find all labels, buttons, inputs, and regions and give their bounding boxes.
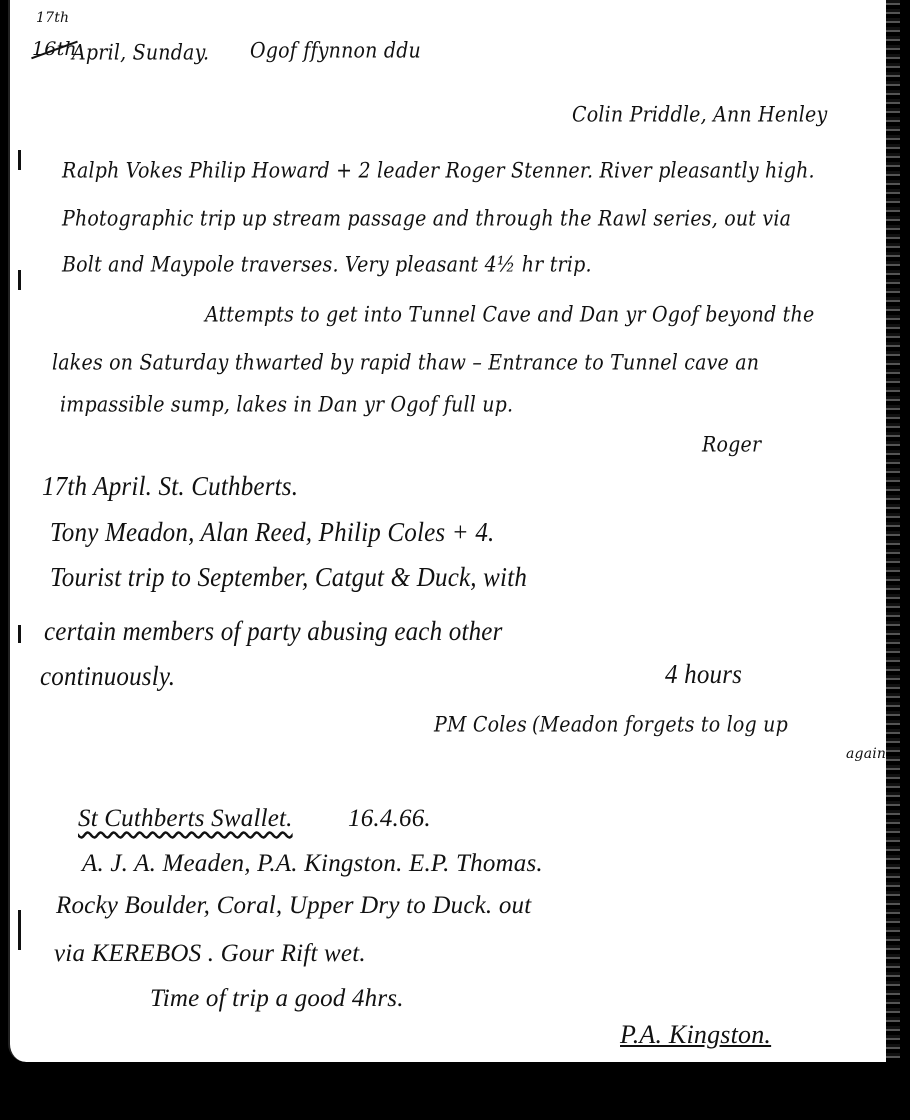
- entry-2-signature-note: (Meadon forgets to log up: [532, 712, 788, 737]
- entry-2-line: Tourist trip to September, Catgut & Duck…: [50, 563, 527, 594]
- entry-3-line: A. J. A. Meaden, P.A. Kingston. E.P. Tho…: [82, 850, 543, 878]
- entry-3-line: Rocky Boulder, Coral, Upper Dry to Duck.…: [56, 892, 531, 920]
- entry-2-duration: 4 hours: [665, 660, 742, 691]
- entry-2-line: continuously.: [40, 662, 175, 693]
- entry-1-header: April, Sunday.: [72, 40, 209, 65]
- margin-mark: [18, 910, 21, 950]
- book-spine-edge: [886, 0, 900, 1062]
- entry-2-line: certain members of party abusing each ot…: [44, 617, 503, 648]
- entry-1-line: Ralph Vokes Philip Howard + 2 leader Rog…: [62, 158, 815, 183]
- entry-1-cave: Ogof ffynnon ddu: [250, 38, 421, 63]
- entry-3-date: 16.4.66.: [348, 805, 431, 833]
- entry-3-line: via KEREBOS . Gour Rift wet.: [54, 940, 366, 968]
- entry-3-header: St Cuthberts Swallet.: [78, 805, 293, 833]
- entry-1-note: lakes on Saturday thwarted by rapid thaw…: [52, 350, 759, 375]
- entry-1-line: Photographic trip up stream passage and …: [62, 206, 791, 231]
- margin-mark: [18, 270, 21, 290]
- entry-1-line: Bolt and Maypole traverses. Very pleasan…: [62, 252, 592, 277]
- logbook-page: 17th 16th April, Sunday. Ogof ffynnon dd…: [8, 0, 900, 1062]
- margin-mark: [18, 625, 21, 643]
- entry-3-line: Time of trip a good 4hrs.: [150, 985, 404, 1013]
- margin-mark: [18, 150, 21, 170]
- date-correction: 17th: [36, 10, 69, 26]
- entry-1-signature: Roger: [702, 432, 761, 457]
- date-struck: 16th: [32, 38, 77, 60]
- entry-1-note: impassible sump, lakes in Dan yr Ogof fu…: [60, 392, 513, 417]
- entry-2-line: Tony Meadon, Alan Reed, Philip Coles + 4…: [50, 518, 494, 549]
- entry-2-signature: PM Coles: [434, 712, 527, 737]
- entry-2-header: 17th April. St. Cuthberts.: [42, 472, 298, 503]
- entry-3-signature: P.A. Kingston.: [620, 1020, 771, 1050]
- entry-1-note: Attempts to get into Tunnel Cave and Dan…: [205, 302, 814, 327]
- entry-1-party: Colin Priddle, Ann Henley: [572, 102, 827, 127]
- entry-2-signature-note-2: again): [846, 746, 892, 762]
